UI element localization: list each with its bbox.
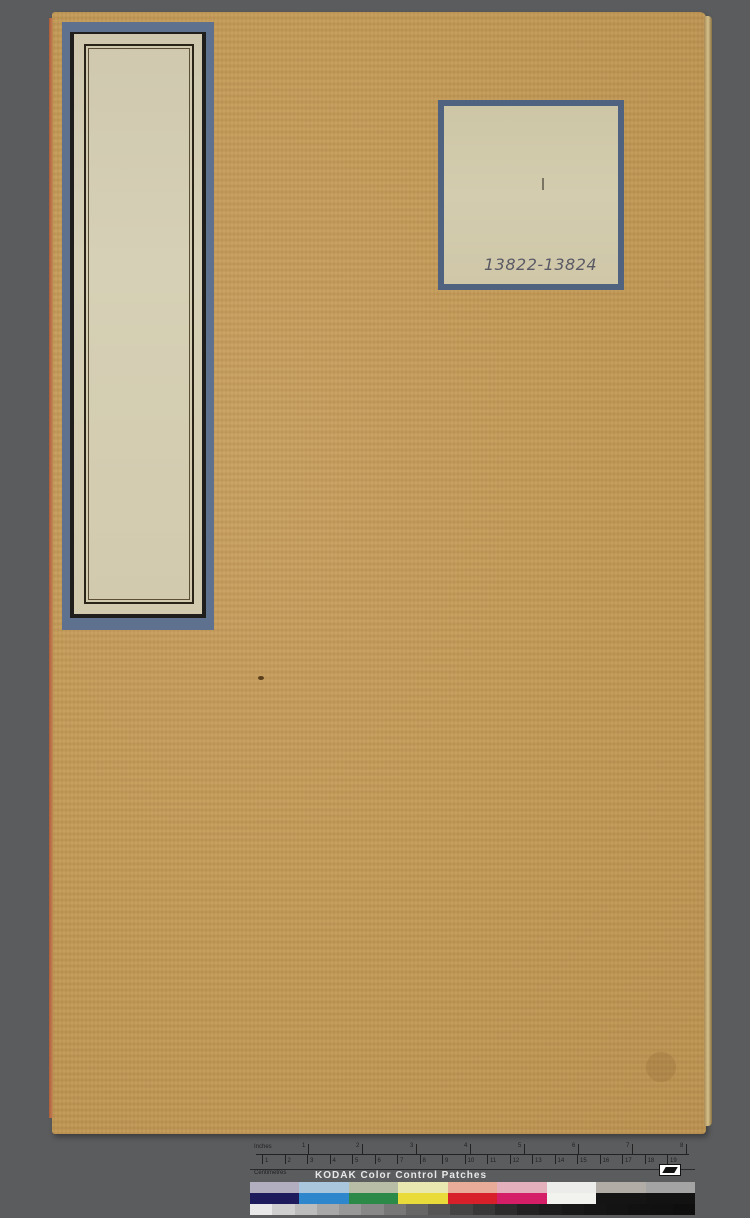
color-patch [584, 1204, 606, 1215]
color-patch [349, 1193, 398, 1204]
color-control-target: Inches 123456781234567891011121314151617… [250, 1140, 695, 1216]
cm-tick-label: 1 [265, 1158, 268, 1164]
color-patch [250, 1193, 299, 1204]
color-patch [398, 1182, 447, 1193]
color-patch [406, 1204, 428, 1215]
catalog-number: 13822-13824 [484, 255, 597, 274]
cm-tick [600, 1154, 601, 1164]
patch-row-light [250, 1182, 695, 1193]
color-patch [317, 1204, 339, 1215]
color-patch [272, 1204, 294, 1215]
color-patch [250, 1182, 299, 1193]
inch-tick [686, 1144, 687, 1154]
centimetres-label: Centimetres [254, 1170, 286, 1176]
cm-tick-label: 9 [445, 1158, 448, 1164]
color-patch [398, 1193, 447, 1204]
color-patch [339, 1204, 361, 1215]
catalog-label-paper: 13822-13824 [444, 106, 618, 284]
inch-tick-label: 3 [410, 1143, 413, 1149]
color-patch [596, 1193, 645, 1204]
inch-tick-label: 6 [572, 1143, 575, 1149]
cm-tick [465, 1154, 466, 1164]
color-patch [646, 1182, 695, 1193]
cm-tick-label: 5 [355, 1158, 358, 1164]
cover-stain [646, 1052, 676, 1082]
cm-tick-label: 14 [558, 1158, 565, 1164]
color-patch [606, 1204, 628, 1215]
title-slip-inner-rule [88, 48, 190, 600]
cm-tick-label: 12 [513, 1158, 520, 1164]
color-patch [450, 1204, 472, 1215]
cm-tick [487, 1154, 488, 1164]
cm-tick [352, 1154, 353, 1164]
inch-tick-label: 8 [680, 1143, 683, 1149]
color-patch [497, 1182, 546, 1193]
cm-tick [442, 1154, 443, 1164]
patch-row-saturated [250, 1193, 695, 1204]
color-patch [349, 1182, 398, 1193]
inch-tick [362, 1144, 363, 1154]
inch-tick-label: 1 [302, 1143, 305, 1149]
color-patch [495, 1204, 517, 1215]
inch-tick-label: 5 [518, 1143, 521, 1149]
color-patch [250, 1204, 272, 1215]
label-mark [542, 178, 544, 190]
cm-tick-label: 18 [648, 1158, 655, 1164]
color-patch [562, 1204, 584, 1215]
cm-tick [532, 1154, 533, 1164]
color-patch [651, 1204, 673, 1215]
color-patch [596, 1182, 645, 1193]
cover-right-edge [704, 16, 712, 1126]
color-patch [299, 1193, 348, 1204]
inch-tick [524, 1144, 525, 1154]
inch-tick [632, 1144, 633, 1154]
inch-tick-label: 2 [356, 1143, 359, 1149]
ruler-axis [256, 1154, 689, 1155]
patch-row-grayscale [250, 1204, 695, 1215]
color-patch [473, 1204, 495, 1215]
color-patch [539, 1204, 561, 1215]
kodak-logo-icon [659, 1164, 681, 1176]
cm-tick-label: 16 [603, 1158, 610, 1164]
cm-tick [420, 1154, 421, 1164]
cm-tick [645, 1154, 646, 1164]
color-patch [361, 1204, 383, 1215]
inch-tick [470, 1144, 471, 1154]
cm-tick [397, 1154, 398, 1164]
color-patch [299, 1182, 348, 1193]
cm-tick [555, 1154, 556, 1164]
cm-tick-label: 8 [423, 1158, 426, 1164]
target-title: KODAK Color Control Patches [315, 1170, 487, 1178]
color-patch [628, 1204, 650, 1215]
inch-tick [308, 1144, 309, 1154]
cm-tick [667, 1154, 668, 1164]
color-patch [547, 1182, 596, 1193]
color-patch [646, 1193, 695, 1204]
cover-left-edge [49, 18, 53, 1118]
color-patch [295, 1204, 317, 1215]
cm-tick-label: 10 [468, 1158, 475, 1164]
cm-tick [577, 1154, 578, 1164]
cm-tick-label: 3 [310, 1158, 313, 1164]
ruler: Inches 123456781234567891011121314151617… [250, 1140, 695, 1170]
inches-label: Inches [254, 1144, 272, 1150]
cm-tick-label: 11 [490, 1158, 496, 1164]
cm-tick [375, 1154, 376, 1164]
cm-tick-label: 6 [378, 1158, 381, 1164]
color-patch [384, 1204, 406, 1215]
title-slip-paper [74, 34, 202, 614]
inch-tick-label: 4 [464, 1143, 467, 1149]
cm-tick [510, 1154, 511, 1164]
color-patch [673, 1204, 695, 1215]
color-patch [547, 1193, 596, 1204]
cm-tick [307, 1154, 308, 1164]
cm-tick [330, 1154, 331, 1164]
color-patch [497, 1193, 546, 1204]
title-slip-border [70, 32, 206, 618]
color-patch [428, 1204, 450, 1215]
color-patch [448, 1193, 497, 1204]
cm-tick [285, 1154, 286, 1164]
cm-tick-label: 15 [580, 1158, 587, 1164]
inch-tick [578, 1144, 579, 1154]
cm-tick [262, 1154, 263, 1164]
inch-tick [416, 1144, 417, 1154]
cm-tick-label: 17 [625, 1158, 632, 1164]
title-slip [62, 22, 214, 630]
cm-tick [622, 1154, 623, 1164]
color-patch [448, 1182, 497, 1193]
cm-tick-label: 2 [288, 1158, 291, 1164]
cm-tick-label: 13 [535, 1158, 542, 1164]
color-patch [517, 1204, 539, 1215]
inch-tick-label: 7 [626, 1143, 629, 1149]
cover-spot [258, 676, 264, 680]
catalog-label: 13822-13824 [438, 100, 624, 290]
color-patches [250, 1182, 695, 1216]
target-title-row: Centimetres KODAK Color Control Patches [250, 1170, 695, 1182]
cm-tick-label: 7 [400, 1158, 403, 1164]
cm-tick-label: 4 [333, 1158, 336, 1164]
